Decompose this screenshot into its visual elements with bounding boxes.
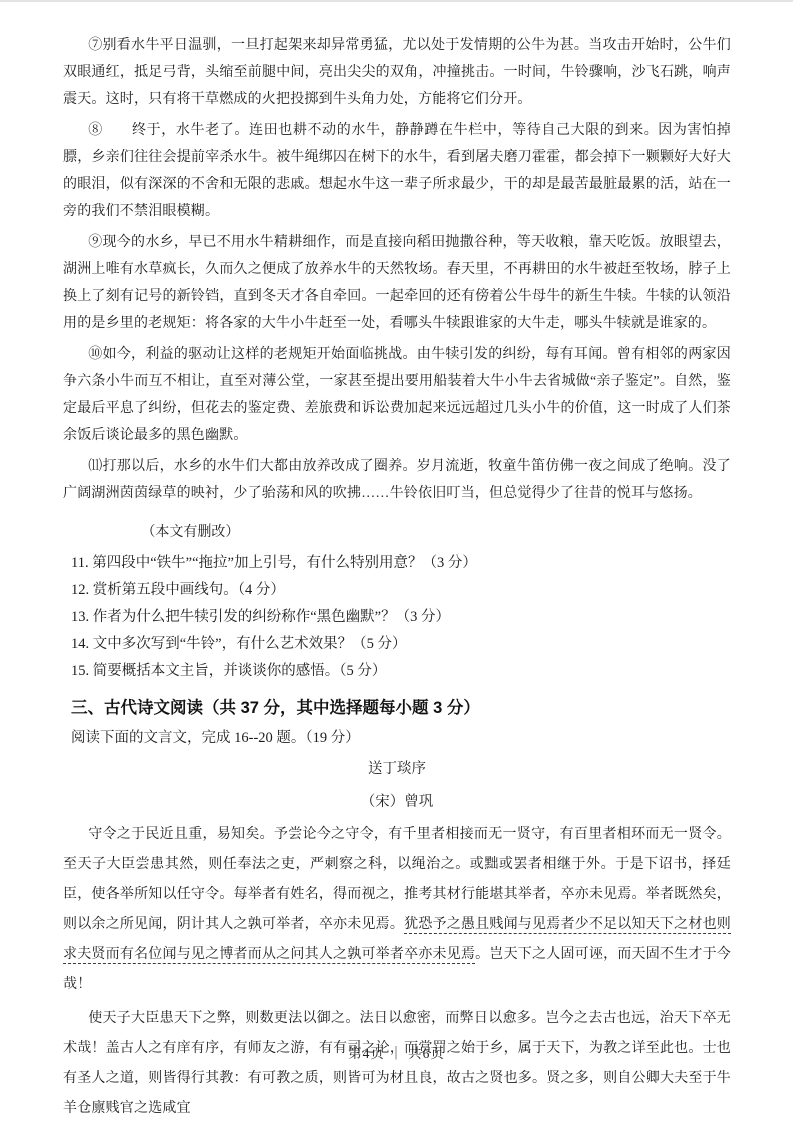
exam-page: ⑦别看水牛平日温驯，一旦打起架来却异常勇猛，尤以处于发情期的公牛为甚。当攻击开始…	[0, 0, 793, 1122]
passage-paragraph-9: ⑨现今的水乡，早已不用水牛精耕细作，而是直接向稻田抛撒谷种，等天收粮，靠天吃饭。…	[63, 229, 731, 337]
question-12: 12. 赏析第五段中画线句。（4 分）	[63, 577, 731, 604]
passage-paragraph-11: ⑾打那以后，水乡的水牛们大都由放养改成了圈养。岁月流逝，牧童牛笛仿佛一夜之间成了…	[63, 453, 731, 507]
question-list: 11. 第四段中“铁牛”“拖拉”加上引号，有什么特别用意？（3 分） 12. 赏…	[63, 550, 731, 685]
essay-title: 送丁琰序	[63, 756, 731, 783]
page-footer: 第4页 ｜ 共6页	[0, 1042, 793, 1062]
passage-paragraph-10: ⑩如今，利益的驱动让这样的老规矩开始面临挑战。由牛犊引发的纠纷，每有耳闻。曾有相…	[63, 341, 731, 449]
question-14: 14. 文中多次写到“牛铃”，有什么艺术效果？（5 分）	[63, 631, 731, 658]
page-indicator: 第4页 ｜ 共6页	[348, 1046, 445, 1061]
classical-text-passage: 守令之于民近且重，易知矣。予尝论今之守令，有千里者相接而无一贤守，有百里者相环而…	[63, 820, 731, 1122]
question-15: 15. 简要概括本文主旨，并谈谈你的感悟。（5 分）	[63, 658, 731, 685]
question-13: 13. 作者为什么把牛犊引发的纠纷称作“黑色幽默”？（3 分）	[63, 604, 731, 631]
reading-instruction: 阅读下面的文言文，完成 16--20 题。（19 分）	[63, 725, 731, 752]
classical-paragraph-2: 使天子大臣患天下之弊，则数更法以御之。法日以愈密，而弊日以愈多。岂今之去古也远，…	[63, 1004, 731, 1122]
essay-author: （宋）曾巩	[63, 789, 731, 816]
classical-paragraph-1: 守令之于民近且重，易知矣。予尝论今之守令，有千里者相接而无一贤守，有百里者相环而…	[63, 820, 731, 1000]
section-3-heading: 三、古代诗文阅读（共 37 分，其中选择题每小题 3 分）	[63, 693, 731, 723]
passage-paragraph-8: ⑧ 终于，水牛老了。连田也耕不动的水牛，静静蹲在牛栏中，等待自己大限的到来。因为…	[63, 117, 731, 225]
passage-paragraph-7: ⑦别看水牛平日温驯，一旦打起架来却异常勇猛，尤以处于发情期的公牛为甚。当攻击开始…	[63, 32, 731, 113]
modern-text-passage: ⑦别看水牛平日温驯，一旦打起架来却异常勇猛，尤以处于发情期的公牛为甚。当攻击开始…	[63, 32, 731, 507]
question-11: 11. 第四段中“铁牛”“拖拉”加上引号，有什么特别用意？（3 分）	[63, 550, 731, 577]
source-note: （本文有删改）	[63, 519, 731, 546]
